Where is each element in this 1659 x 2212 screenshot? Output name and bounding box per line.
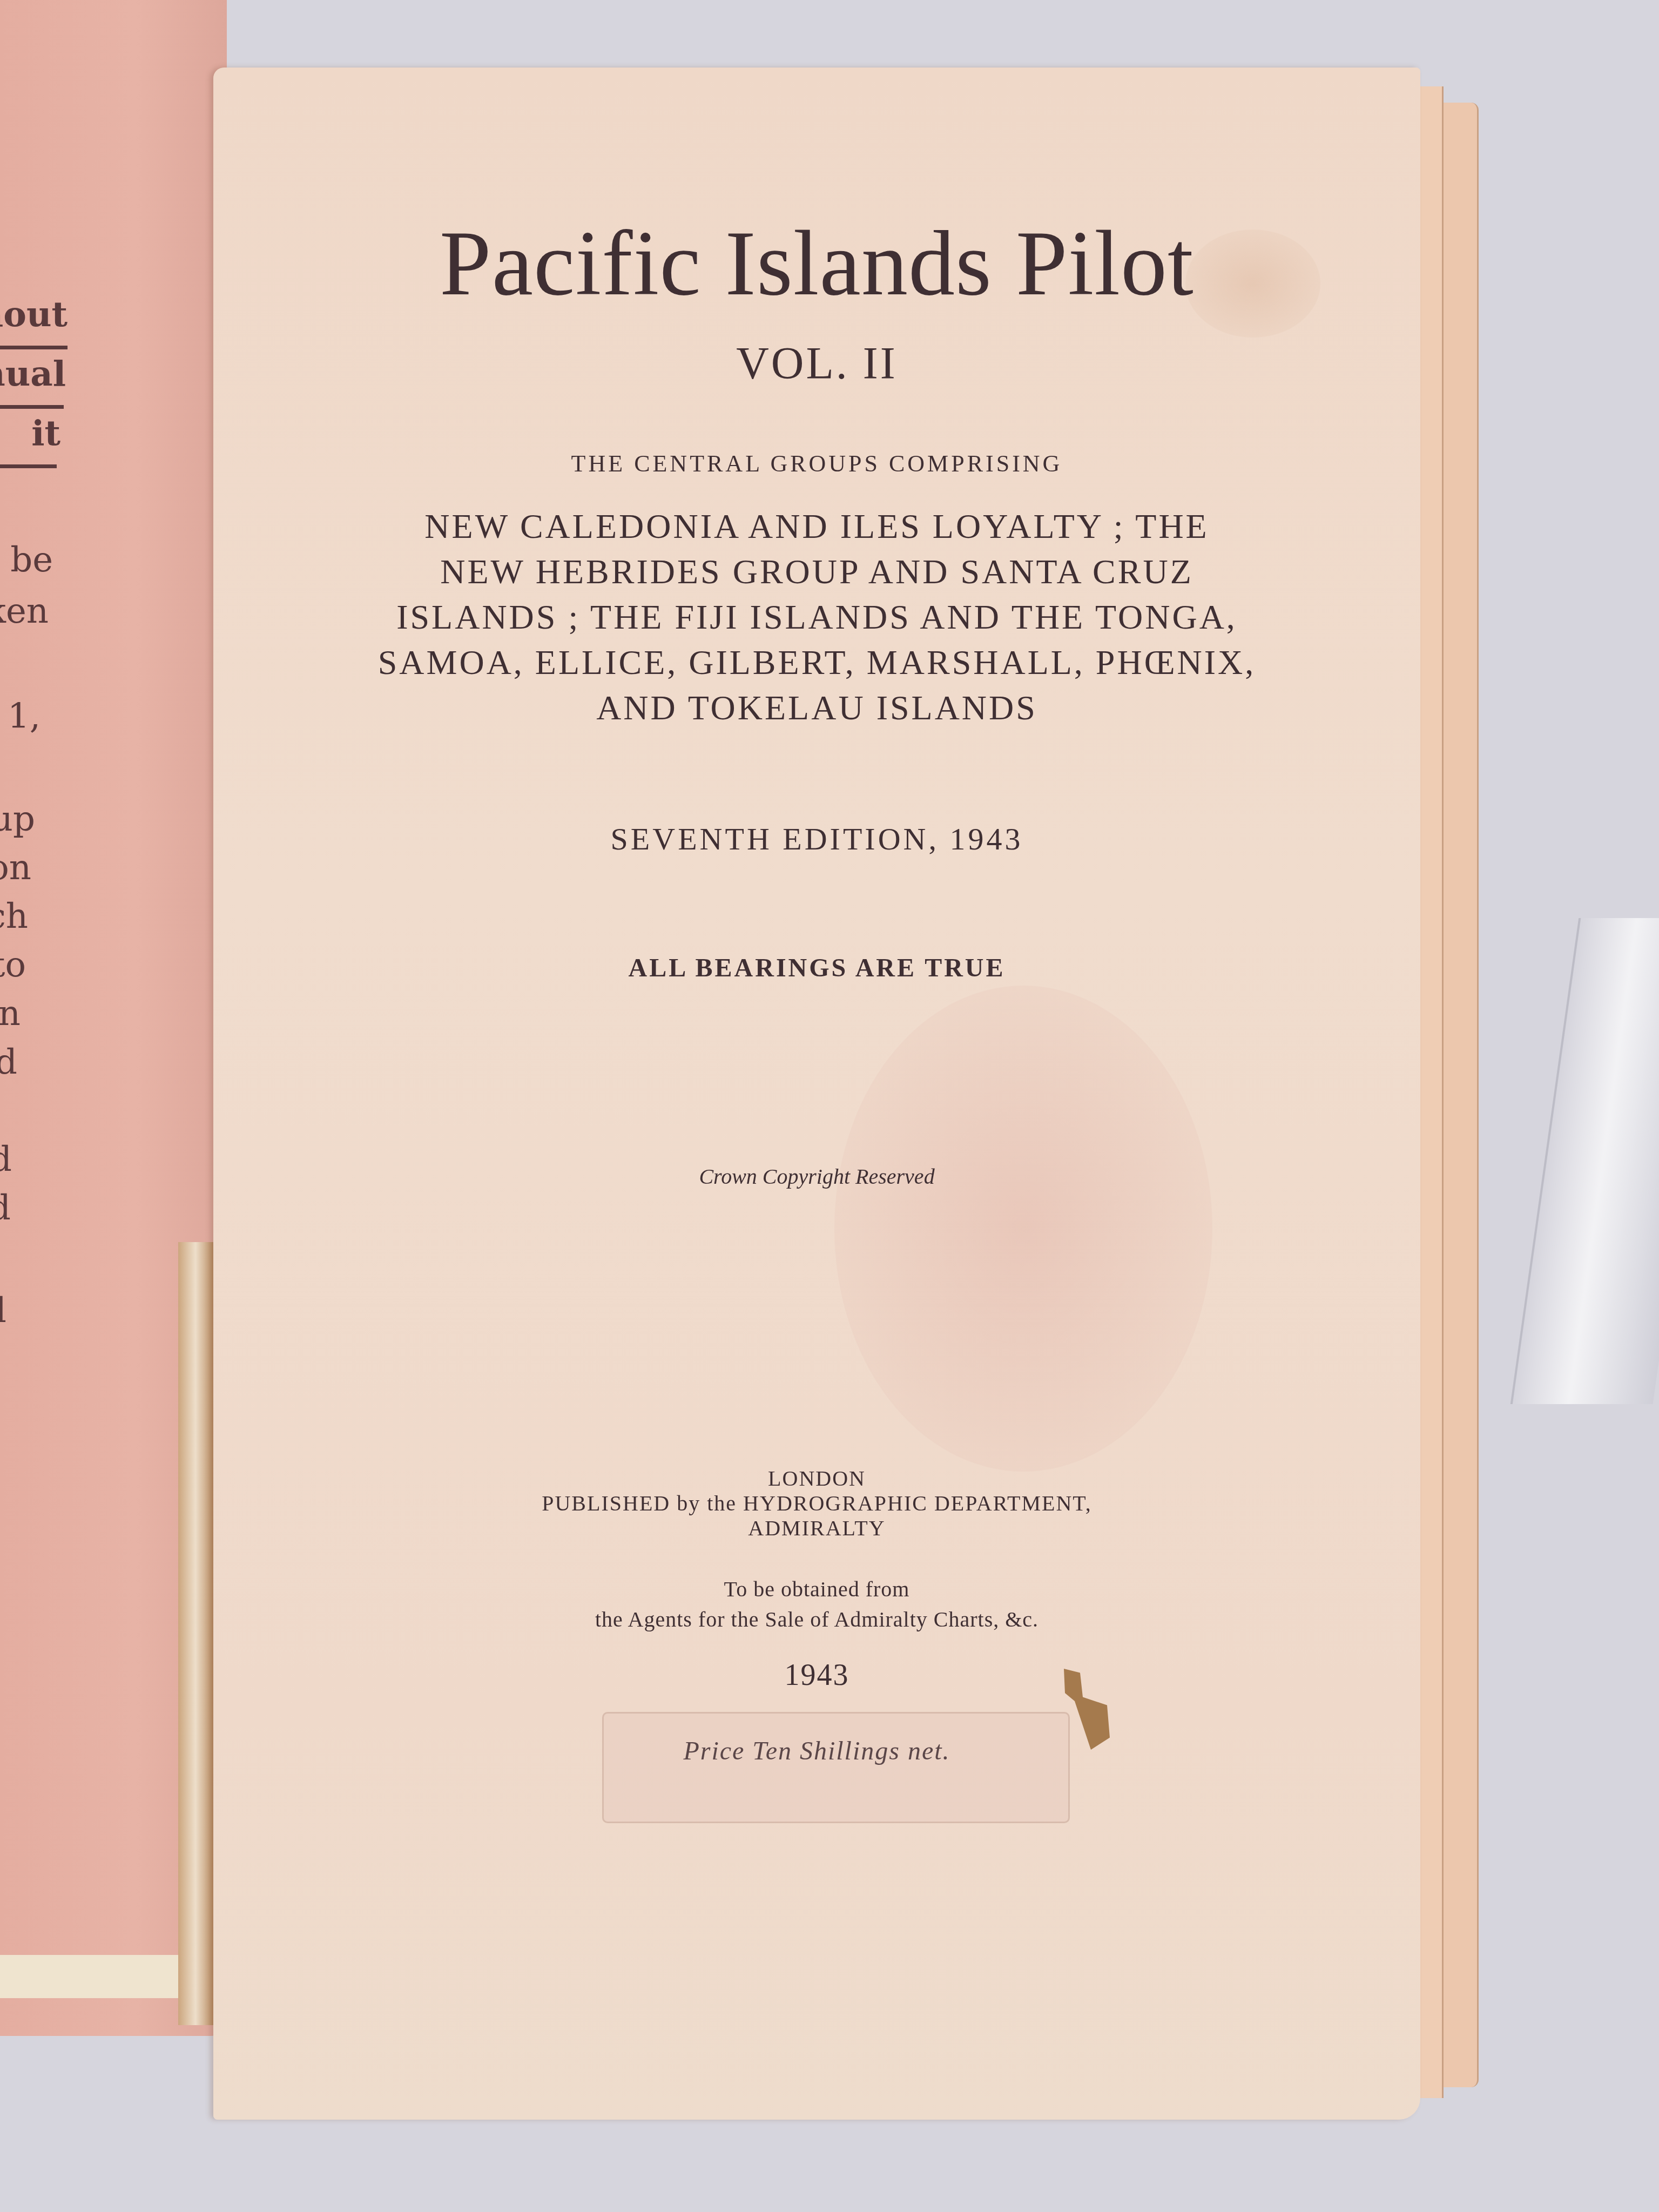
places-line: ISLANDS ; THE FIJI ISLANDS AND THE TONGA…	[213, 595, 1420, 640]
left-fragment: ch	[0, 896, 28, 936]
left-fragment: d	[0, 1139, 12, 1179]
left-fragment: up	[0, 799, 35, 839]
places-line: AND TOKELAU ISLANDS	[213, 685, 1420, 731]
left-fragment: hout	[0, 294, 68, 335]
bearings-note: ALL BEARINGS ARE TRUE	[213, 953, 1420, 983]
places-line: NEW HEBRIDES GROUP AND SANTA CRUZ	[213, 549, 1420, 595]
volume-number: VOL. II	[213, 338, 1420, 390]
copyright-notice: Crown Copyright Reserved	[213, 1164, 1420, 1189]
left-fragment: nual	[0, 354, 66, 394]
left-fragment: it	[31, 413, 60, 454]
obtain-block: To be obtained from the Agents for the S…	[213, 1574, 1420, 1635]
endpaper-strip	[0, 1955, 178, 1998]
foxing-stain	[834, 986, 1212, 1472]
left-fragment: n	[0, 994, 21, 1034]
left-fragment: d	[0, 1042, 17, 1082]
tape-residue	[602, 1712, 1070, 1823]
left-rule	[0, 464, 57, 468]
places-line: NEW CALEDONIA AND ILES LOYALTY ; THE	[213, 504, 1420, 549]
publisher-body: ADMIRALTY	[213, 1516, 1420, 1541]
left-fragment: on	[0, 848, 31, 888]
left-fragment: to	[0, 945, 26, 985]
book-title: Pacific Islands Pilot	[213, 211, 1420, 317]
left-fragment: l	[0, 1291, 6, 1331]
left-fragment: d	[0, 1188, 11, 1228]
left-fragment: 1,	[8, 697, 41, 737]
places-line: SAMOA, ELLICE, GILBERT, MARSHALL, PHŒNIX…	[213, 640, 1420, 685]
publication-year: 1943	[213, 1658, 1420, 1692]
left-fragment: ken	[0, 591, 49, 631]
background-glass-object	[1510, 918, 1659, 1404]
publisher-city: LONDON	[213, 1466, 1420, 1491]
left-fragment: be	[10, 540, 53, 580]
left-rule	[0, 405, 64, 409]
subtitle: THE CENTRAL GROUPS COMPRISING	[213, 450, 1420, 477]
left-rule	[0, 346, 68, 349]
publisher-line: PUBLISHED by the HYDROGRAPHIC DEPARTMENT…	[213, 1491, 1420, 1516]
obtain-line-2: the Agents for the Sale of Admiralty Cha…	[213, 1604, 1420, 1635]
obtain-line-1: To be obtained from	[213, 1574, 1420, 1604]
edition: SEVENTH EDITION, 1943	[213, 821, 1420, 857]
places-list: NEW CALEDONIA AND ILES LOYALTY ; THE NEW…	[213, 504, 1420, 731]
publisher-block: LONDON PUBLISHED by the HYDROGRAPHIC DEP…	[213, 1466, 1420, 1541]
